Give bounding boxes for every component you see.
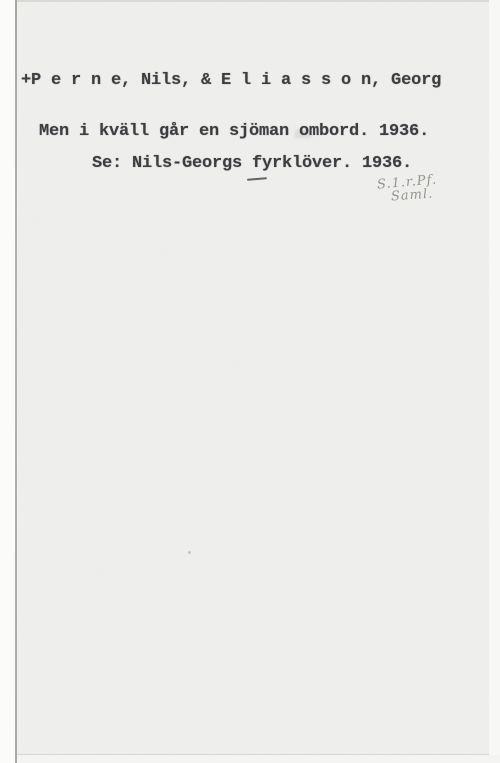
card-heading-authors: +P e r n e, Nils, & E l i a s s o n, Geo…	[21, 71, 441, 91]
scan-right-margin	[489, 0, 500, 763]
card-top-edge	[17, 0, 500, 2]
scanned-catalog-card: +P e r n e, Nils, & E l i a s s o n, Geo…	[0, 0, 500, 763]
handwritten-collection-note: Saml.	[391, 188, 434, 204]
pencil-underline-mark	[247, 177, 267, 181]
scan-bottom-margin	[0, 755, 500, 763]
paper-speck	[188, 551, 191, 554]
card-left-edge	[15, 0, 17, 763]
paper-grain-texture	[0, 0, 500, 763]
scan-left-margin	[0, 0, 15, 763]
card-reference-line: Se: Nils-Georgs fyrklöver. 1936.	[92, 154, 412, 174]
card-title-line: Men i kväll går en sjöman ombord. 1936.	[39, 122, 429, 142]
